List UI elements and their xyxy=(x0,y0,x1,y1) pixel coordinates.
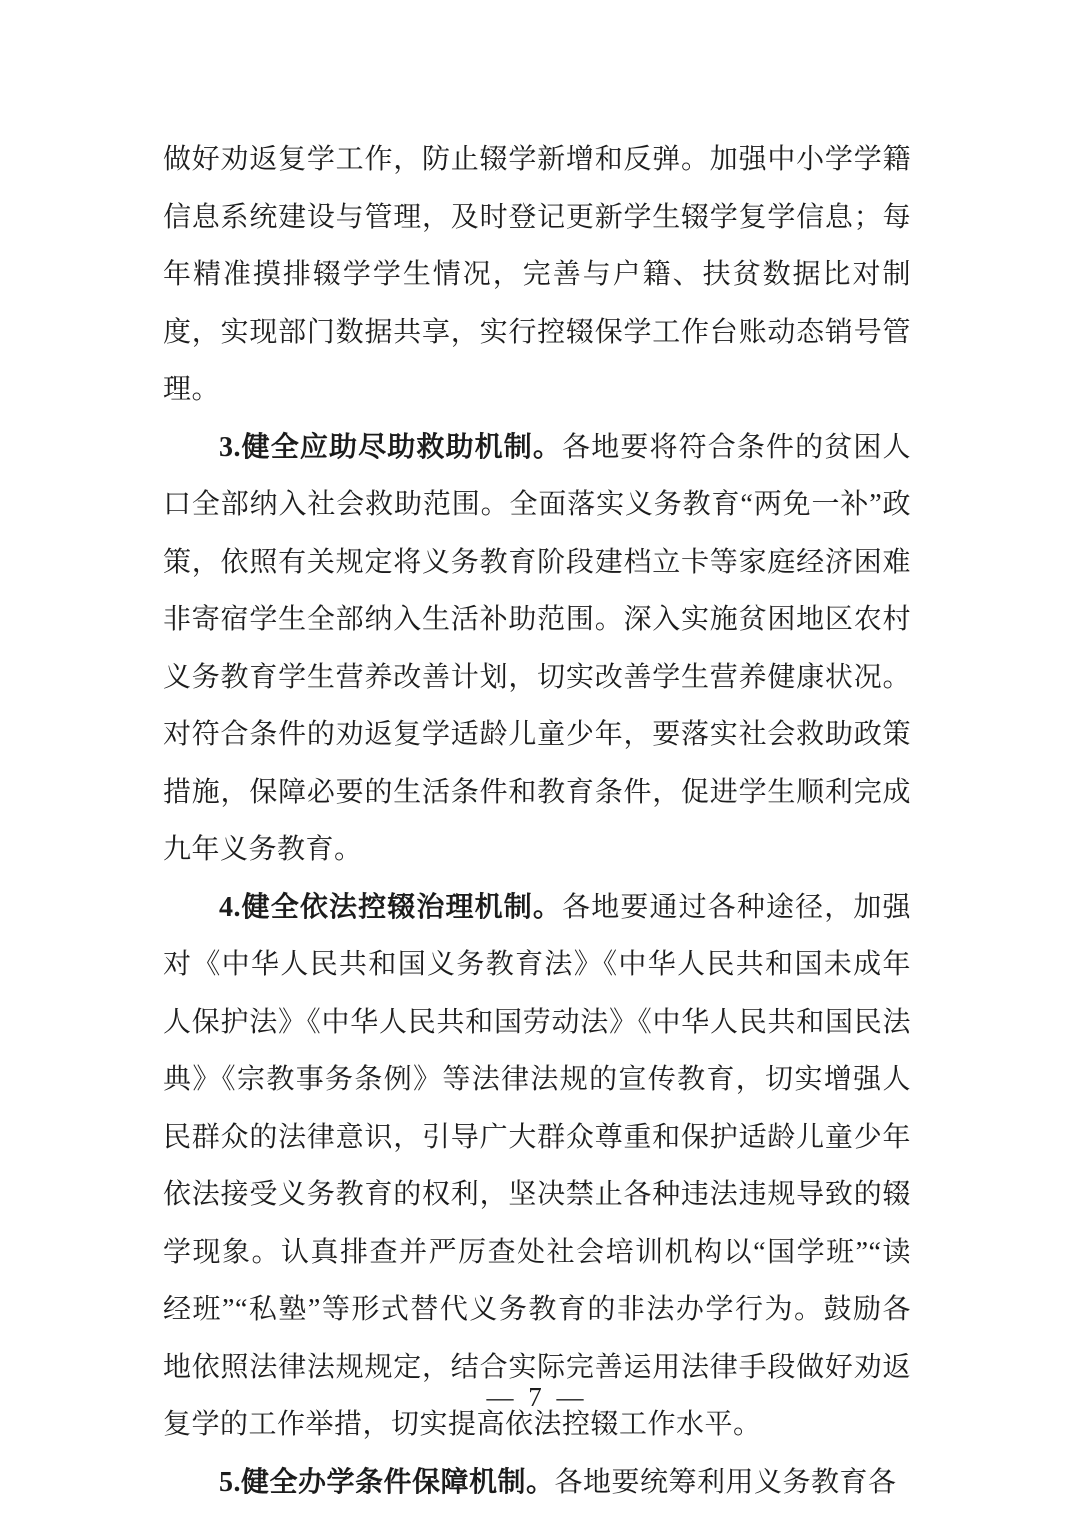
paragraph: 4.健全依法控辍治理机制。各地要通过各种途径，加强对《中华人民共和国义务教育法》… xyxy=(163,879,911,1454)
paragraph-text: 各地要将符合条件的贫困人口全部纳入社会救助范围。全面落实义务教育“两免一补”政策… xyxy=(163,432,911,866)
document-page: 做好劝返复学工作，防止辍学新增和反弹。加强中小学学籍信息系统建设与管理，及时登记… xyxy=(0,0,1074,1520)
paragraph-lead: 5.健全办学条件保障机制。 xyxy=(219,1467,555,1498)
paragraph-text: 做好劝返复学工作，防止辍学新增和反弹。加强中小学学籍信息系统建设与管理，及时登记… xyxy=(163,144,911,405)
paragraph-lead: 3.健全应助尽助救助机制。 xyxy=(219,432,562,463)
paragraph-lead: 4.健全依法控辍治理机制。 xyxy=(219,892,562,923)
paragraph-text: 各地要通过各种途径，加强对《中华人民共和国义务教育法》《中华人民共和国未成年人保… xyxy=(163,892,911,1441)
paragraph: 5.健全办学条件保障机制。各地要统筹利用义务教育各 xyxy=(163,1454,911,1512)
paragraph: 做好劝返复学工作，防止辍学新增和反弹。加强中小学学籍信息系统建设与管理，及时登记… xyxy=(163,131,911,419)
paragraph-text: 各地要统筹利用义务教育各 xyxy=(555,1467,897,1498)
paragraph: 3.健全应助尽助救助机制。各地要将符合条件的贫困人口全部纳入社会救助范围。全面落… xyxy=(163,419,911,879)
document-body: 做好劝返复学工作，防止辍学新增和反弹。加强中小学学籍信息系统建设与管理，及时登记… xyxy=(163,131,911,1511)
page-number: — 7 — xyxy=(0,1380,1074,1414)
